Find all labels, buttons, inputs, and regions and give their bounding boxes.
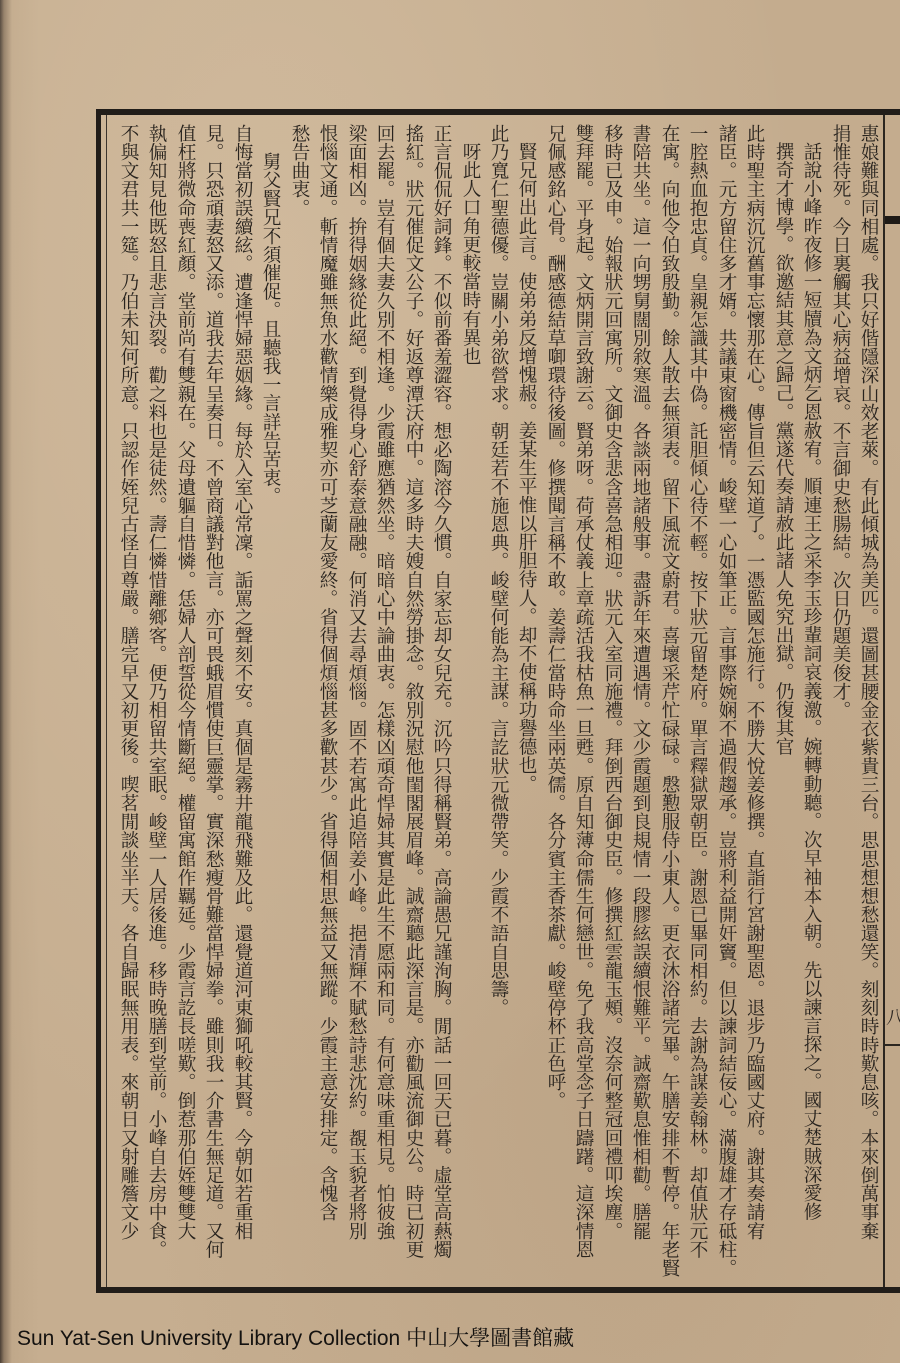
fold-center-line <box>883 115 885 1287</box>
text-column-14: 此乃寬仁聖德優。豈關小弟欲營求。朝廷若不施恩典。峻壁何能為主謀。言訖狀元微帶笑。… <box>484 124 512 1286</box>
text-column-19: 梁面相凶。拚得姻緣從此絕。到覺得身心舒泰意融融。何消又去尋煩惱。固不若寓此追陪姜… <box>342 124 370 1286</box>
text-column-7: 一腔熱血抱忠貞。皇親怎識其中偽。託胆傾心待不輕。按下狀元留楚府。單言釋獄眾朝臣。… <box>683 124 711 1286</box>
text-column-16: 正言侃侃好詞鋒。不似前番羞澀容。想必陶溶今久慣。自家忘却女兒充。沉吟只得稱賢弟。… <box>427 124 455 1286</box>
text-column-18: 回去罷。豈有個夫妻久別不相逢。少霞雖應猶然坐。暗暗心中論曲衷。怎樣凶頑奇悍婦其實… <box>370 124 398 1286</box>
text-column-26: 執偏知見他既怒且悲言決裂。勸之料也是徒然。壽仁憐惜離鄉客。便乃相留共室眠。峻壁一… <box>142 124 170 1286</box>
text-column-27: 不與文君共一筵。乃伯未知何所意。只認作姪兒古怪自尊嚴。膳完早又初更後。喫茗閒談坐… <box>114 124 142 1286</box>
text-column-17: 搖紅。狀元催促文公子。好返尊潭沃府中。這多時夫嫂自然勞掛念。敘別況慰他閨閣展眉峰… <box>399 124 427 1286</box>
text-column-24: 見。只恐頑妻怒又添。道我去年呈奏日。不曾商議對他言。亦可畏蛾眉慣使巨靈掌。實深愁… <box>199 124 227 1286</box>
text-column-15: 呀此人口角更較當時有異也 <box>456 142 484 1286</box>
text-column-23: 自悔當初誤續絃。遭逢悍婦惡姻緣。每於入室心常凜。詬罵之聲刻不安。真個是霧井龍飛難… <box>228 124 256 1286</box>
text-column-6: 諸臣。元方留住多才婿。共議東窗機密情。峻壁一心如筆正。言事際婉娴不過假趨承。豈將… <box>712 124 740 1286</box>
text-column-8: 在寓。向他令伯致殷勤。餘人散去無須表。留下風流文蔚君。喜壞采芹忙碌碌。慇懃服侍小… <box>655 124 683 1286</box>
frame-left-inner-rule <box>106 115 107 1287</box>
frame-left-border <box>96 109 101 1293</box>
text-column-5: 此時聖主病沉沉舊事忘懷那在心。傳旨但云知道了。一憑監國怎施行。不勝大悅姜修撰。直… <box>740 124 768 1286</box>
library-credit: Sun Yat-Sen University Library Collectio… <box>17 1326 574 1352</box>
text-column-2: 捐惟待死。今日裏觸其心病益增哀。不言御史愁腸結。次日仍題美俊才。 <box>826 124 854 1286</box>
frame-bottom-border <box>96 1287 900 1293</box>
text-column-12: 兄佩感銘心骨。酬感德結草啣環待後圖。修撰聞言稱不敢。姜壽仁當時命坐兩英儒。各分賓… <box>541 124 569 1286</box>
text-column-13: 賢兄何出此言。使弟弟反增愧赧。姜某生平惟以肝胆待人。却不使稱功譽德也。 <box>512 142 540 1286</box>
text-column-22: 舅父賢兄不須催促。且聽我一言詳告苦衷。 <box>256 152 284 1286</box>
text-column-25: 值枉將微命喪紅顏。堂前尚有雙親在。父母遺軀自惜憐。恁婦人剖誓從今情斷絕。權留寓館… <box>171 124 199 1286</box>
text-column-1: 惠娘難與同相處。我只好偕隱深山效老萊。有此傾城為美匹。還圖甚腰金衣紫貴三台。思思… <box>854 124 882 1286</box>
text-column-21: 愁告曲衷。 <box>285 124 313 1286</box>
fold-page-rule <box>885 1044 900 1046</box>
text-column-4: 撰奇才博學。欲邀結其意之歸己。黨遂代奏請赦此諸人免究出獄。仍復其官 <box>769 142 797 1286</box>
folio-number: 八 <box>886 1010 900 1028</box>
text-column-9: 書陪共坐。這一向甥舅闊別敘寒溫。各談兩地諸般事。盡訴年來遭遇情。文少霞題到良規情… <box>626 124 654 1286</box>
frame-top-border <box>96 109 900 115</box>
fold-fishtail-mark <box>885 216 900 224</box>
text-column-3: 話說小峰昨夜修一短牘為文炳乞恩赦宥。順連王之采李玉珍輩詞哀義激。婉轉動聽。次早袖… <box>797 142 825 1286</box>
text-column-10: 移時已及申。始報狀元回寓所。文御史含悲含喜急相迎。狀元入室同施禮。拜倒西台御史臣… <box>598 124 626 1286</box>
text-column-20: 恨惱文通。斬情魔雖無魚水歡情樂成雅契亦可芝蘭友愛終。省得個煩惱甚多歡甚少。省得個… <box>313 124 341 1286</box>
text-column-11: 雙拜罷。平身起。文炳開言致謝云。賢弟呀。荷承仗義上章疏活我枯魚一旦甦。原自知薄命… <box>569 124 597 1286</box>
